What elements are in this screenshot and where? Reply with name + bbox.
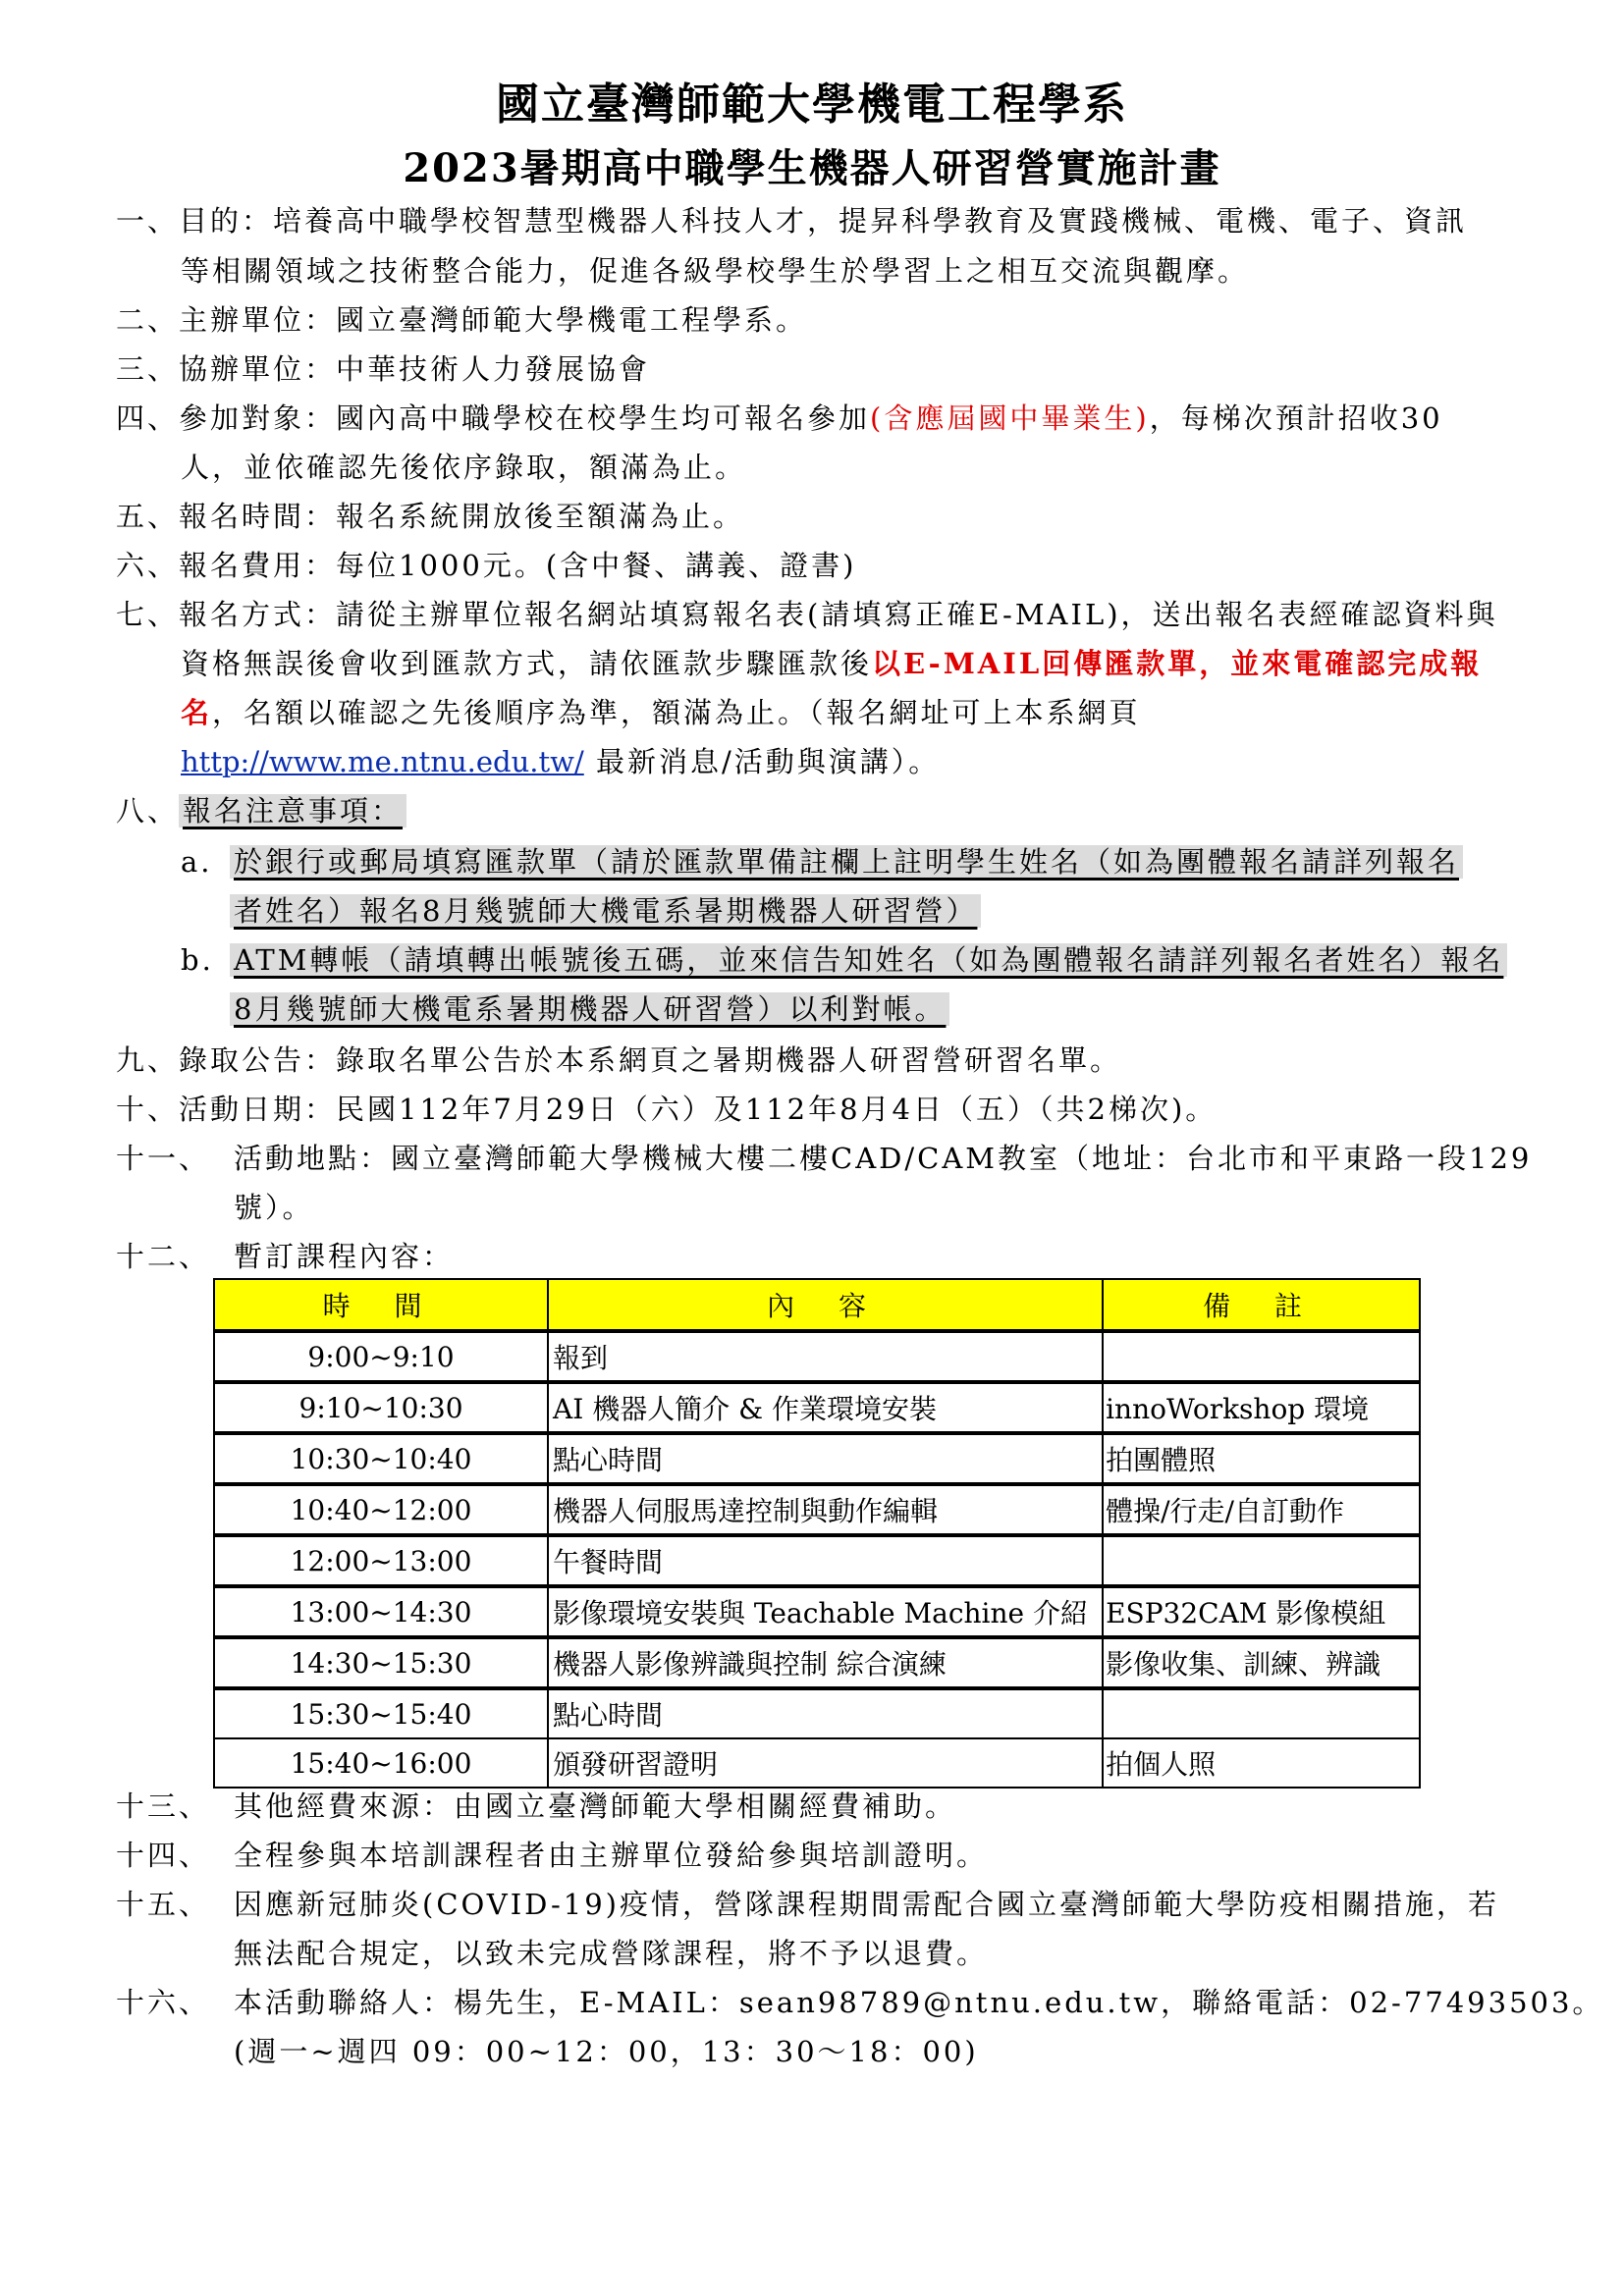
section-number: 十一、 <box>116 1139 234 1178</box>
table-row: 15:30~15:40 點心時間 <box>214 1688 1420 1738</box>
schedule-table: 時 間 內 容 備 註 9:00~9:10 報到 9:10~10:30 AI 機… <box>213 1278 1421 1789</box>
section-2: 二、主辦單位：國立臺灣師範大學機電工程學系。 <box>116 300 807 340</box>
section-text: 國立臺灣師範大學機械大樓二樓CAD/CAM教室（地址：台北市和平東路一段129 <box>391 1142 1532 1175</box>
section-number: 十六、 <box>116 1983 234 2022</box>
note-cell: ESP32CAM 影像模組 <box>1103 1586 1420 1637</box>
section-label: 活動日期： <box>179 1093 336 1126</box>
time-cell: 10:40~12:00 <box>214 1484 548 1535</box>
table-row: 10:30~10:40 點心時間 拍團體照 <box>214 1433 1420 1484</box>
section-number: 六、 <box>116 549 179 582</box>
section-12: 十二、暫訂課程內容： <box>116 1237 454 1276</box>
time-cell: 10:30~10:40 <box>214 1433 548 1484</box>
section-15-line1: 十五、因應新冠肺炎(COVID-19)疫情，營隊課程期間需配合國立臺灣師範大學防… <box>116 1885 1499 1924</box>
section-7-line4: http://www.me.ntnu.edu.tw/ 最新消息/活動與演講）。 <box>181 742 940 781</box>
section-6: 六、報名費用：每位1000元。(含中餐、講義、證書) <box>116 546 856 585</box>
section-15-line2: 無法配合規定，以致未完成營隊課程，將不予以退費。 <box>234 1934 988 1973</box>
content-cell: 點心時間 <box>548 1433 1103 1484</box>
schedule-header-row: 時 間 內 容 備 註 <box>214 1279 1420 1331</box>
table-row: 12:00~13:00 午餐時間 <box>214 1535 1420 1586</box>
note-cell: 影像收集、訓練、辨識 <box>1103 1637 1420 1688</box>
section-number: 三、 <box>116 352 179 386</box>
section-7-line3: 名，名額以確認之先後順序為準，額滿為止。（報名網址可上本系網頁 <box>181 693 1141 732</box>
table-row: 15:40~16:00 頒發研習證明 拍個人照 <box>214 1738 1420 1788</box>
document-subtitle: 2023暑期高中職學生機器人研習營實施計畫 <box>0 137 1624 193</box>
section-text: 錄取名單公告於本系網頁之暑期機器人研習營研習名單。 <box>336 1043 1121 1077</box>
content-cell: 機器人影像辨識與控制 綜合演練 <box>548 1637 1103 1688</box>
list-marker: b. <box>181 940 230 980</box>
table-row: 10:40~12:00 機器人伺服馬達控制與動作編輯 體操/行走/自訂動作 <box>214 1484 1420 1535</box>
section-14: 十四、全程參與本培訓課程者由主辦單位發給參與培訓證明。 <box>116 1836 988 1875</box>
section-number: 九、 <box>116 1043 179 1077</box>
section-number: 二、 <box>116 303 179 337</box>
table-row: 9:00~9:10 報到 <box>214 1331 1420 1382</box>
list-marker: a. <box>181 842 230 881</box>
note-cell <box>1103 1688 1420 1738</box>
note-cell: 體操/行走/自訂動作 <box>1103 1484 1420 1535</box>
time-cell: 15:30~15:40 <box>214 1688 548 1738</box>
header-note: 備 註 <box>1103 1279 1420 1331</box>
section-13: 十三、其他經費來源：由國立臺灣師範大學相關經費補助。 <box>116 1787 956 1826</box>
section-8-heading: 八、報名注意事項： <box>116 791 406 830</box>
section-number: 四、 <box>116 401 179 435</box>
table-row: 13:00~14:30 影像環境安裝與 Teachable Machine 介紹… <box>214 1586 1420 1637</box>
notice-text: 8月幾號師大機電系暑期機器人研習營）以利對帳。 <box>230 992 949 1026</box>
notice-item-a-line1: a.於銀行或郵局填寫匯款單（請於匯款單備註欄上註明學生姓名（如為團體報名請詳列報… <box>181 842 1463 881</box>
section-number: 五、 <box>116 500 179 533</box>
section-16-line2: (週一~週四 09：00~12：00，13：30～18：00) <box>234 2032 979 2071</box>
department-website-link[interactable]: http://www.me.ntnu.edu.tw/ <box>181 745 584 778</box>
highlight-red-text: 以E-MAIL回傳匯款單，並來電確認完成報 <box>872 647 1482 680</box>
section-number: 十二、 <box>116 1237 234 1276</box>
section-7-line2: 資格無誤後會收到匯款方式，請依匯款步驟匯款後以E-MAIL回傳匯款單，並來電確認… <box>181 644 1482 683</box>
document-title: 國立臺灣師範大學機電工程學系 <box>0 69 1624 132</box>
section-label: 主辦單位： <box>179 303 336 337</box>
section-text: 國內高中職學校在校學生均可報名參加 <box>336 401 870 435</box>
section-text: 資格無誤後會收到匯款方式，請依匯款步驟匯款後 <box>181 647 872 680</box>
section-11-line2: 號）。 <box>234 1188 314 1227</box>
content-cell: 頒發研習證明 <box>548 1738 1103 1788</box>
section-text: 國立臺灣師範大學機電工程學系。 <box>336 303 807 337</box>
section-number: 七、 <box>116 598 179 631</box>
section-1-line1: 一、目的：培養高中職學校智慧型機器人科技人才，提昇科學教育及實踐機械、電機、電子… <box>116 201 1467 240</box>
time-cell: 12:00~13:00 <box>214 1535 548 1586</box>
section-text: 報名系統開放後至額滿為止。 <box>336 500 744 533</box>
section-9: 九、錄取公告：錄取名單公告於本系網頁之暑期機器人研習營研習名單。 <box>116 1041 1121 1080</box>
highlight-red-text: 名 <box>181 696 212 729</box>
section-number: 十四、 <box>116 1836 234 1875</box>
table-row: 9:10~10:30 AI 機器人簡介 & 作業環境安裝 innoWorksho… <box>214 1382 1420 1433</box>
section-4-line1: 四、參加對象：國內高中職學校在校學生均可報名參加(含應屆國中畢業生)，每梯次預計… <box>116 399 1443 438</box>
notice-text: ATM轉帳（請填轉出帳號後五碼，並來信告知姓名（如為團體報名請詳列報名者姓名）報… <box>230 943 1507 977</box>
note-cell <box>1103 1331 1420 1382</box>
section-label: 其他經費來源： <box>234 1789 454 1823</box>
time-cell: 14:30~15:30 <box>214 1637 548 1688</box>
time-cell: 15:40~16:00 <box>214 1738 548 1788</box>
note-cell: 拍團體照 <box>1103 1433 1420 1484</box>
section-text: 最新消息/活動與演講）。 <box>584 745 941 778</box>
section-1-line2: 等相關領域之技術整合能力，促進各級學校學生於學習上之相互交流與觀摩。 <box>181 251 1249 291</box>
section-3: 三、協辦單位：中華技術人力發展協會 <box>116 349 650 389</box>
section-text: ，每梯次預計招收30 <box>1150 401 1443 435</box>
notice-item-b-line1: b.ATM轉帳（請填轉出帳號後五碼，並來信告知姓名（如為團體報名請詳列報名者姓名… <box>181 940 1507 980</box>
content-cell: 機器人伺服馬達控制與動作編輯 <box>548 1484 1103 1535</box>
section-number: 十三、 <box>116 1787 234 1826</box>
section-text: 民國112年7月29日（六）及112年8月4日（五）（共2梯次)。 <box>336 1093 1217 1126</box>
time-cell: 13:00~14:30 <box>214 1586 548 1637</box>
content-cell: 午餐時間 <box>548 1535 1103 1586</box>
contact-info: 本活動聯絡人：楊先生，E-MAIL：sean98789@ntnu.edu.tw，… <box>234 1986 1603 2019</box>
section-11-line1: 十一、活動地點：國立臺灣師範大學機械大樓二樓CAD/CAM教室（地址：台北市和平… <box>116 1139 1532 1178</box>
section-label: 報名費用： <box>179 549 336 582</box>
section-text: 因應新冠肺炎(COVID-19)疫情，營隊課程期間需配合國立臺灣師範大學防疫相關… <box>234 1888 1499 1921</box>
header-time: 時 間 <box>214 1279 548 1331</box>
table-row: 14:30~15:30 機器人影像辨識與控制 綜合演練 影像收集、訓練、辨識 <box>214 1637 1420 1688</box>
section-7-line1: 七、報名方式：請從主辦單位報名網站填寫報名表(請填寫正確E-MAIL)，送出報名… <box>116 595 1498 634</box>
section-16-line1: 十六、本活動聯絡人：楊先生，E-MAIL：sean98789@ntnu.edu.… <box>116 1983 1603 2022</box>
section-number: 十、 <box>116 1093 179 1126</box>
section-text: 每位1000元。(含中餐、講義、證書) <box>336 549 856 582</box>
section-label: 錄取公告： <box>179 1043 336 1077</box>
section-text: 培養高中職學校智慧型機器人科技人才，提昇科學教育及實踐機械、電機、電子、資訊 <box>273 204 1467 238</box>
time-cell: 9:00~9:10 <box>214 1331 548 1382</box>
content-cell: 點心時間 <box>548 1688 1103 1738</box>
note-cell: innoWorkshop 環境 <box>1103 1382 1420 1433</box>
time-cell: 9:10~10:30 <box>214 1382 548 1433</box>
section-4-line2: 人，並依確認先後依序錄取，額滿為止。 <box>181 448 746 487</box>
section-label: 目的： <box>179 204 273 238</box>
section-label: 報名注意事項： <box>179 794 406 828</box>
section-text: ，名額以確認之先後順序為準，額滿為止。（報名網址可上本系網頁 <box>212 696 1141 729</box>
section-text: 請從主辦單位報名網站填寫報名表(請填寫正確E-MAIL)，送出報名表經確認資料與 <box>336 598 1498 631</box>
notice-item-a-line2: 者姓名）報名8月幾號師大機電系暑期機器人研習營） <box>230 891 981 931</box>
section-5: 五、報名時間：報名系統開放後至額滿為止。 <box>116 497 744 536</box>
content-cell: AI 機器人簡介 & 作業環境安裝 <box>548 1382 1103 1433</box>
section-10: 十、活動日期：民國112年7月29日（六）及112年8月4日（五）（共2梯次)。 <box>116 1090 1217 1129</box>
section-label: 暫訂課程內容： <box>234 1240 454 1273</box>
header-content: 內 容 <box>548 1279 1103 1331</box>
section-number: 一、 <box>116 204 179 238</box>
notice-text: 者姓名）報名8月幾號師大機電系暑期機器人研習營） <box>230 894 981 928</box>
section-label: 參加對象： <box>179 401 336 435</box>
section-label: 協辦單位： <box>179 352 336 386</box>
section-label: 報名時間： <box>179 500 336 533</box>
note-cell <box>1103 1535 1420 1586</box>
document-page: 國立臺灣師範大學機電工程學系 2023暑期高中職學生機器人研習營實施計畫 一、目… <box>0 0 1624 2296</box>
notice-text: 於銀行或郵局填寫匯款單（請於匯款單備註欄上註明學生姓名（如為團體報名請詳列報名 <box>230 845 1463 879</box>
note-cell: 拍個人照 <box>1103 1738 1420 1788</box>
section-label: 報名方式： <box>179 598 336 631</box>
notice-item-b-line2: 8月幾號師大機電系暑期機器人研習營）以利對帳。 <box>230 989 949 1029</box>
section-number: 八、 <box>116 794 179 828</box>
section-text: 全程參與本培訓課程者由主辦單位發給參與培訓證明。 <box>234 1839 988 1872</box>
content-cell: 影像環境安裝與 Teachable Machine 介紹 <box>548 1586 1103 1637</box>
section-label: 活動地點： <box>234 1142 391 1175</box>
section-text: 由國立臺灣師範大學相關經費補助。 <box>454 1789 956 1823</box>
section-number: 十五、 <box>116 1885 234 1924</box>
section-text: 中華技術人力發展協會 <box>336 352 650 386</box>
content-cell: 報到 <box>548 1331 1103 1382</box>
highlight-red-text: (含應屆國中畢業生) <box>870 401 1150 435</box>
